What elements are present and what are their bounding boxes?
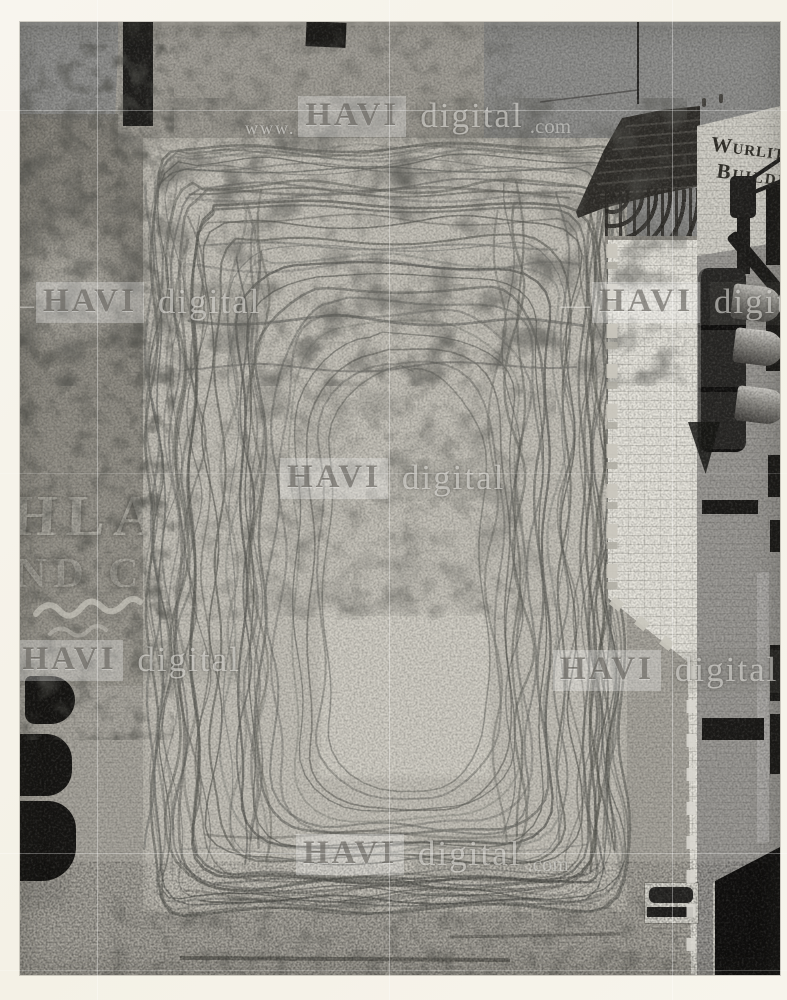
fold-crease-vertical	[672, 0, 673, 1000]
fold-crease-vertical	[97, 0, 98, 1000]
foreground-signal-silhouette	[20, 734, 72, 796]
foreground-signal-silhouette	[25, 676, 75, 724]
window	[770, 714, 780, 774]
traffic-signal-visor-bottom	[734, 385, 780, 426]
fold-crease-vertical	[389, 0, 390, 1000]
traffic-signal-visor-top	[730, 283, 780, 324]
foreground-signal-silhouette	[20, 801, 76, 881]
roof-finial	[702, 98, 706, 107]
window	[766, 185, 780, 265]
photo: HLA ND C WURLITZER BUILDING	[20, 22, 780, 975]
window-slit	[702, 500, 758, 514]
facade-pilaster-highlight	[757, 572, 769, 842]
window-slit	[702, 718, 764, 740]
small-sign-dark-mark	[649, 887, 693, 903]
scanned-press-photo: HLA ND C WURLITZER BUILDING	[0, 0, 787, 1000]
fold-crease-horizontal	[0, 110, 787, 111]
fold-crease-horizontal	[0, 473, 787, 474]
signal-mount	[730, 176, 756, 218]
fold-crease-horizontal	[0, 853, 787, 854]
window	[768, 455, 780, 497]
roof-finial	[719, 94, 723, 103]
fold-crease-horizontal	[0, 970, 787, 971]
window	[770, 520, 780, 552]
terracotta-crest-ornament	[605, 188, 702, 238]
small-sign-dark-bar	[647, 907, 693, 917]
traffic-signal-visor-middle	[732, 327, 780, 368]
window	[770, 645, 780, 701]
